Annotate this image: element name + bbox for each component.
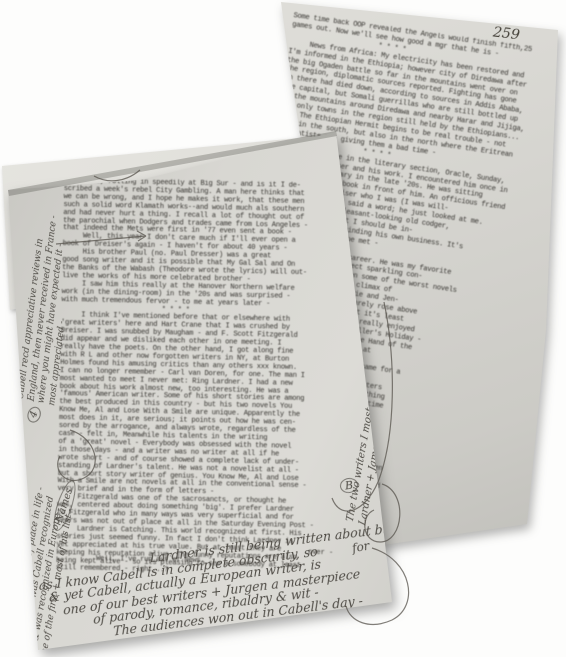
text-line: Know Me, Al and Lose With a Smile are un… <box>59 407 365 421</box>
tail-flourish <box>346 548 409 624</box>
text-line: games out. Now we'll see how good a mgr … <box>291 21 554 67</box>
text-line: Separatists are giving them a bad time - <box>276 127 539 173</box>
circled-letter-mark: B <box>339 477 359 494</box>
text-line: them after Anderson, had spoken. What <box>229 453 492 499</box>
text-line: scribed a week's rebel City Gambling. A … <box>64 186 370 200</box>
text-line: 'great writers' here and Hart Crane that… <box>61 320 367 334</box>
text-line: the parochial when Dodgers and trades ca… <box>63 218 369 232</box>
text-line: Potter - from Dreiser it was at <box>247 329 510 375</box>
text-line: the Banks of the Wabash (Theodore wrote … <box>62 265 368 279</box>
text-line: standing of Lardner's talent. He was not… <box>58 463 364 477</box>
text-line: least original. Dreiser recd. <box>246 338 509 384</box>
typed-page-259: Some time back OOP revealed the Angels w… <box>0 0 566 657</box>
text-line: them. I liked Sister Carrie and Jen- <box>255 276 518 322</box>
text-line: was, centered about doing something 'big… <box>57 502 363 516</box>
text-line: the Vine St. library in the late '20s. H… <box>271 162 534 208</box>
text-line: passed on to obscurity(still <box>234 417 497 463</box>
text-line: yet appreciated at his true value. But a… <box>56 542 362 556</box>
text-line: Well, this year I don't care much if I'l… <box>63 233 369 247</box>
inserted-word: for <box>351 539 371 556</box>
text-line: in the mountains around Diredawa and nea… <box>281 91 544 137</box>
text-line: afterwards and a key book for a time <box>239 382 502 428</box>
text-line: good song writer and it is possible that… <box>62 257 368 271</box>
text-line: case - felt in, Meanwhile his talents in… <box>59 431 365 445</box>
text-line: knew that the cognoscenti thought <box>232 435 495 481</box>
text-line: he - in Paris was Cabell recognized <box>18 418 70 655</box>
text-line: most does in it, are serious; it points … <box>59 415 365 429</box>
text-line: really have the poets. On the other hand… <box>60 344 366 358</box>
text-line: in those days - and a writer was no writ… <box>58 447 364 461</box>
text-line: the poor man's D.H.Lawrence, who <box>236 409 499 455</box>
text-line: such a solid word Klamath works--and wou… <box>63 202 369 216</box>
text-line: we can be wrong, and I hope he makes it … <box>64 194 370 208</box>
text-line: most appreciated - <box>47 154 88 406</box>
text-line: Holmes found his amusing critics than an… <box>60 360 366 374</box>
handwritten-bottom-note: Lardner is still being written about but… <box>35 514 453 647</box>
text-line: to Fitzgerald who in many ways was very … <box>57 510 363 524</box>
text-line: and none of the three meant anything <box>241 373 504 419</box>
text-line <box>233 426 496 472</box>
circled-names-mark: Names <box>49 478 80 533</box>
text-line: very brief and in the form of letters - <box>57 486 363 500</box>
text-line: more in New York than New Jersey, <box>225 479 488 525</box>
text-line: still remembered - right...? <box>56 565 362 579</box>
text-line: of parody, romance, ribaldry & wit - <box>93 569 453 627</box>
text-line: work (in the dining-room) in the '20s an… <box>62 289 368 303</box>
text-line: that indeed the Mets were first in '77 e… <box>63 225 369 239</box>
text-line: book about his work almost new, too inte… <box>60 384 366 398</box>
text-line: The Ethiopian Hermit begins to be real t… <box>279 109 542 155</box>
text-line: the farms and those intellectuals, <box>227 470 490 516</box>
text-line: with the bleak, lonely small towns and <box>228 462 491 508</box>
text-line: it was hilarious. I tried to enlighten <box>230 444 493 490</box>
text-line: but a short story writer of genius. You … <box>58 470 364 484</box>
text-line <box>223 497 486 543</box>
text-line: as I know Cabell is in complete obscurit… <box>39 528 452 592</box>
text-line: of sheer buffoonery - a <box>238 391 501 437</box>
text-line: versation. He has written some of the wo… <box>257 259 520 305</box>
text-line: I saw him this really at the Hanover Nor… <box>62 281 368 295</box>
page-number-260: 260 <box>98 149 126 167</box>
text-line: on Theodore Dreiser and his work. I enco… <box>272 153 535 199</box>
text-line: England, then never received in France - <box>26 150 67 402</box>
text-line: I think I've mentioned before that or el… <box>61 312 367 326</box>
over-note: over - <box>308 549 333 558</box>
handwritten-margin-note-lower: Rather goes to work of place in life -he… <box>8 416 90 657</box>
typed-text-260: recovered, rolling in speedily at Big Su… <box>56 178 370 580</box>
text-line: with R L and other now forgotten writers… <box>60 352 366 366</box>
text-line: and the one (film) called The Hand of th… <box>248 321 511 367</box>
bracket-flourish <box>332 302 392 511</box>
text-line: The two writers I most enjoy - <box>344 303 395 523</box>
text-line: keeping his reputation alive. The funny … <box>56 550 362 564</box>
text-line: being kept alive - so its pleasing to se… <box>56 557 362 571</box>
typed-page-260: recovered, rolling in speedily at Big Su… <box>0 0 566 657</box>
text-line: News from Africa: My electricity has bee… <box>289 38 552 84</box>
text-line: * * * * <box>61 304 367 318</box>
text-line: Cabell recd appreciative reviews in <box>16 148 57 400</box>
text-line: one of our best writers + Jurgen a maste… <box>63 555 452 616</box>
text-line: Some time back OOP revealed the Angels w… <box>293 12 556 58</box>
text-line: the capital, but Somali guerrillas who a… <box>283 83 546 129</box>
text-line <box>261 232 524 278</box>
text-line: only in the south, but also in the north… <box>277 118 540 164</box>
right-page-shadow: Some time back OOP revealed the Angels w… <box>0 0 566 657</box>
text-line: the big Ogaden battle so far in the moun… <box>286 56 549 102</box>
text-line: regular Madame Bovary. Anderson, <box>237 400 500 446</box>
text-line: from Columbus, Ohio, so <box>222 506 485 552</box>
text-line: Fitzgerald was one of the sacrosancts, o… <box>57 494 363 508</box>
text-line: Nice article in the literary section, Or… <box>274 144 537 190</box>
text-line: the region, diplomatic sources reported.… <box>285 65 548 111</box>
handwritten-between-pages-note: The two writers I most enjoy -Lardner + … <box>344 303 407 527</box>
text-line: at a table with a book in front of him. … <box>270 171 533 217</box>
text-line: ing); Dreiser never said a word; he just… <box>267 188 530 234</box>
back-sheet <box>0 0 566 657</box>
text-line: sored by the arrogance, and always wrote… <box>59 423 365 437</box>
text-line: and my friend thought I should be in- <box>265 206 528 252</box>
text-line: Hoosier Holiday, A Story-Teller's Holida… <box>250 312 513 358</box>
text-line: years was not out of place at all in the… <box>57 518 363 532</box>
text-line: stories just seemed funny. In fact I don… <box>56 534 362 548</box>
text-line: wrote short - and of course showed a com… <box>58 455 364 469</box>
text-line: on there had died down, according to sou… <box>284 74 547 120</box>
text-line: and had never hurt a thing. I recall a l… <box>63 210 369 224</box>
text-line: one of the first + most of his list - <box>39 424 91 657</box>
text-line: Lardner is Catching. This world recogniz… <box>57 526 363 540</box>
text-line: (as I saw it at that time) most of <box>224 488 487 534</box>
text-line: where you might have expected it - <box>37 152 78 404</box>
text-line: most wanted to meet I never met: Ring La… <box>60 376 366 390</box>
text-line: wanted to tell Dreiser who I was (I was … <box>269 179 532 225</box>
text-line: were thought to be our best writers <box>242 365 505 411</box>
text-line: The audiences won out in Cabell's day - <box>113 582 453 637</box>
margin-loop <box>58 430 96 481</box>
text-line: I'm informed in the Ethiopia; however ci… <box>288 47 551 93</box>
closing-line: Well, I've run out of News. <box>96 555 204 565</box>
text-line: & yet Cabell, actually a European writer… <box>49 542 452 605</box>
text-line: with much tremendous fervor - to me at y… <box>61 297 367 311</box>
text-line: live the works of his more celebrated br… <box>62 273 368 287</box>
text-line: while reaching a kind of climax of <box>256 268 519 314</box>
left-page-shadow: recovered, rolling in speedily at Big Su… <box>0 0 566 657</box>
margin-arrow <box>56 231 146 244</box>
text-line: Rather goes to work of place in life - <box>8 416 60 653</box>
circled-number-mark: 4 <box>25 405 43 425</box>
text-line: recovered, rolling in speedily at Big Su… <box>64 178 370 192</box>
text-line: was an American Tragedy. I really enjoye… <box>251 303 514 349</box>
text-line: time when Dreiser, Sinclair <box>243 356 506 402</box>
text-line: 'famous' American writer. Some of his sh… <box>59 391 365 405</box>
text-line: book of Dreiser's again - I haven't for … <box>63 241 369 255</box>
text-line: a way people want to be met - <box>262 224 525 270</box>
text-line: did appear and we disliked each other in… <box>61 336 367 350</box>
page-edge-crease <box>0 0 566 657</box>
text-line: * * * * <box>290 30 553 76</box>
text-line: Lardner is still being written about but… <box>150 514 452 565</box>
text-line: troduced instead of minding his own busi… <box>264 215 527 261</box>
text-line: the only towns in the region still held … <box>280 100 543 146</box>
page-number-259: 259 <box>492 24 520 43</box>
text-line: I can no longer remember - Carl van Dore… <box>60 368 366 382</box>
text-line: With a Smile are not novels at all in th… <box>58 478 364 492</box>
text-line: * * * * <box>275 135 538 181</box>
text-line: Dreiser. I was snubbed by Maugham - and … <box>61 328 367 342</box>
text-line: the best produced in this country - but … <box>59 399 365 413</box>
text-line: He was a rather unpleasant-looking old c… <box>266 197 529 243</box>
text-line: Lardner + James B - <box>357 307 408 527</box>
pen-marks-overlay <box>0 0 566 657</box>
handwritten-margin-note-upper: Cabell recd appreciative reviews inEngla… <box>16 148 88 407</box>
typed-text-259: Some time back OOP revealed the Angels w… <box>222 12 556 552</box>
text-line: for & was recognized in Europe - <box>28 421 80 657</box>
text-line: His brother Paul (no. Paul Dresser) was … <box>62 249 368 263</box>
text-line: of a 'great' novel - Everybody was obses… <box>58 439 364 453</box>
text-line: though you wouldn't expect sparkling con… <box>258 250 521 296</box>
manuscript-photo: Some time back OOP revealed the Angels w… <box>0 0 566 657</box>
back-sheet-shadow <box>0 0 566 657</box>
text-line: a place in our writing and became for a <box>244 347 507 393</box>
page-number-swoosh <box>94 170 140 181</box>
text-line: that level. The Genius - at it's least <box>252 294 515 340</box>
text-line: nie Gerhardt, though he rarely rose abov… <box>253 285 516 331</box>
for-loop-flourish <box>365 484 400 542</box>
text-line: Dreiser had quite the career. He was my … <box>260 241 523 287</box>
